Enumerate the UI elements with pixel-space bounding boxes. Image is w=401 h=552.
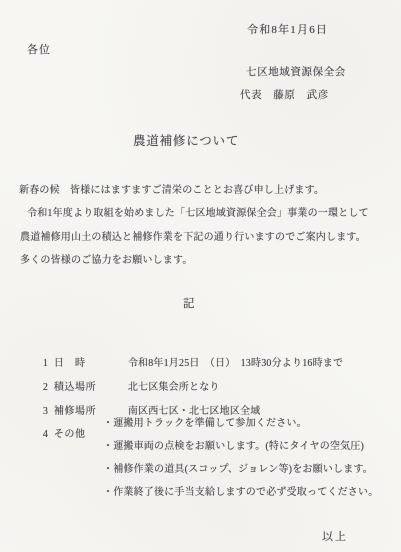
note-line: ・作業終了後に手当支給しますので必ず受取ってください。	[103, 483, 378, 506]
sender-organization: 七区地域資源保全会	[246, 64, 346, 79]
note-line: ・運搬用トラックを準備して参加ください。	[103, 414, 378, 437]
scanned-letter-page: 令和8年1月6日 各位 七区地域資源保全会 代表 藤原 武彦 農道補修について …	[0, 0, 401, 552]
item-row-other: 4その他	[32, 414, 114, 451]
note-line: ・運搬車両の点検をお願いします。(特にタイヤの空気圧)	[103, 437, 378, 460]
paragraph-line: 多くの皆様のご協力をお願いします。	[20, 251, 193, 266]
closing-phrase: 以上	[322, 528, 348, 544]
sender-representative: 代表 藤原 武彦	[240, 87, 329, 102]
note-line: ・補修作業の道具(スコップ、ジョレン等)をお願いします。	[103, 460, 378, 483]
paragraph-line: 令和1年度より取組を始めました「七区地域資源保全会」事業の一環として	[27, 204, 369, 219]
paragraph-line: 新春の候 皆様にはますますご清栄のこととお喜び申し上げます。	[19, 181, 324, 196]
other-notes-list: ・運搬用トラックを準備して参加ください。 ・運搬車両の点検をお願いします。(特に…	[103, 414, 378, 506]
item-number: 4	[43, 429, 54, 440]
recipient: 各位	[27, 41, 51, 57]
record-heading: 記	[183, 295, 195, 311]
document-title: 農道補修について	[133, 131, 239, 149]
paragraph-line: 農道補修用山土の積込と補修作業を下記の通り行いますのでご案内します。	[20, 228, 366, 243]
date-line: 令和8年1月6日	[247, 21, 328, 37]
